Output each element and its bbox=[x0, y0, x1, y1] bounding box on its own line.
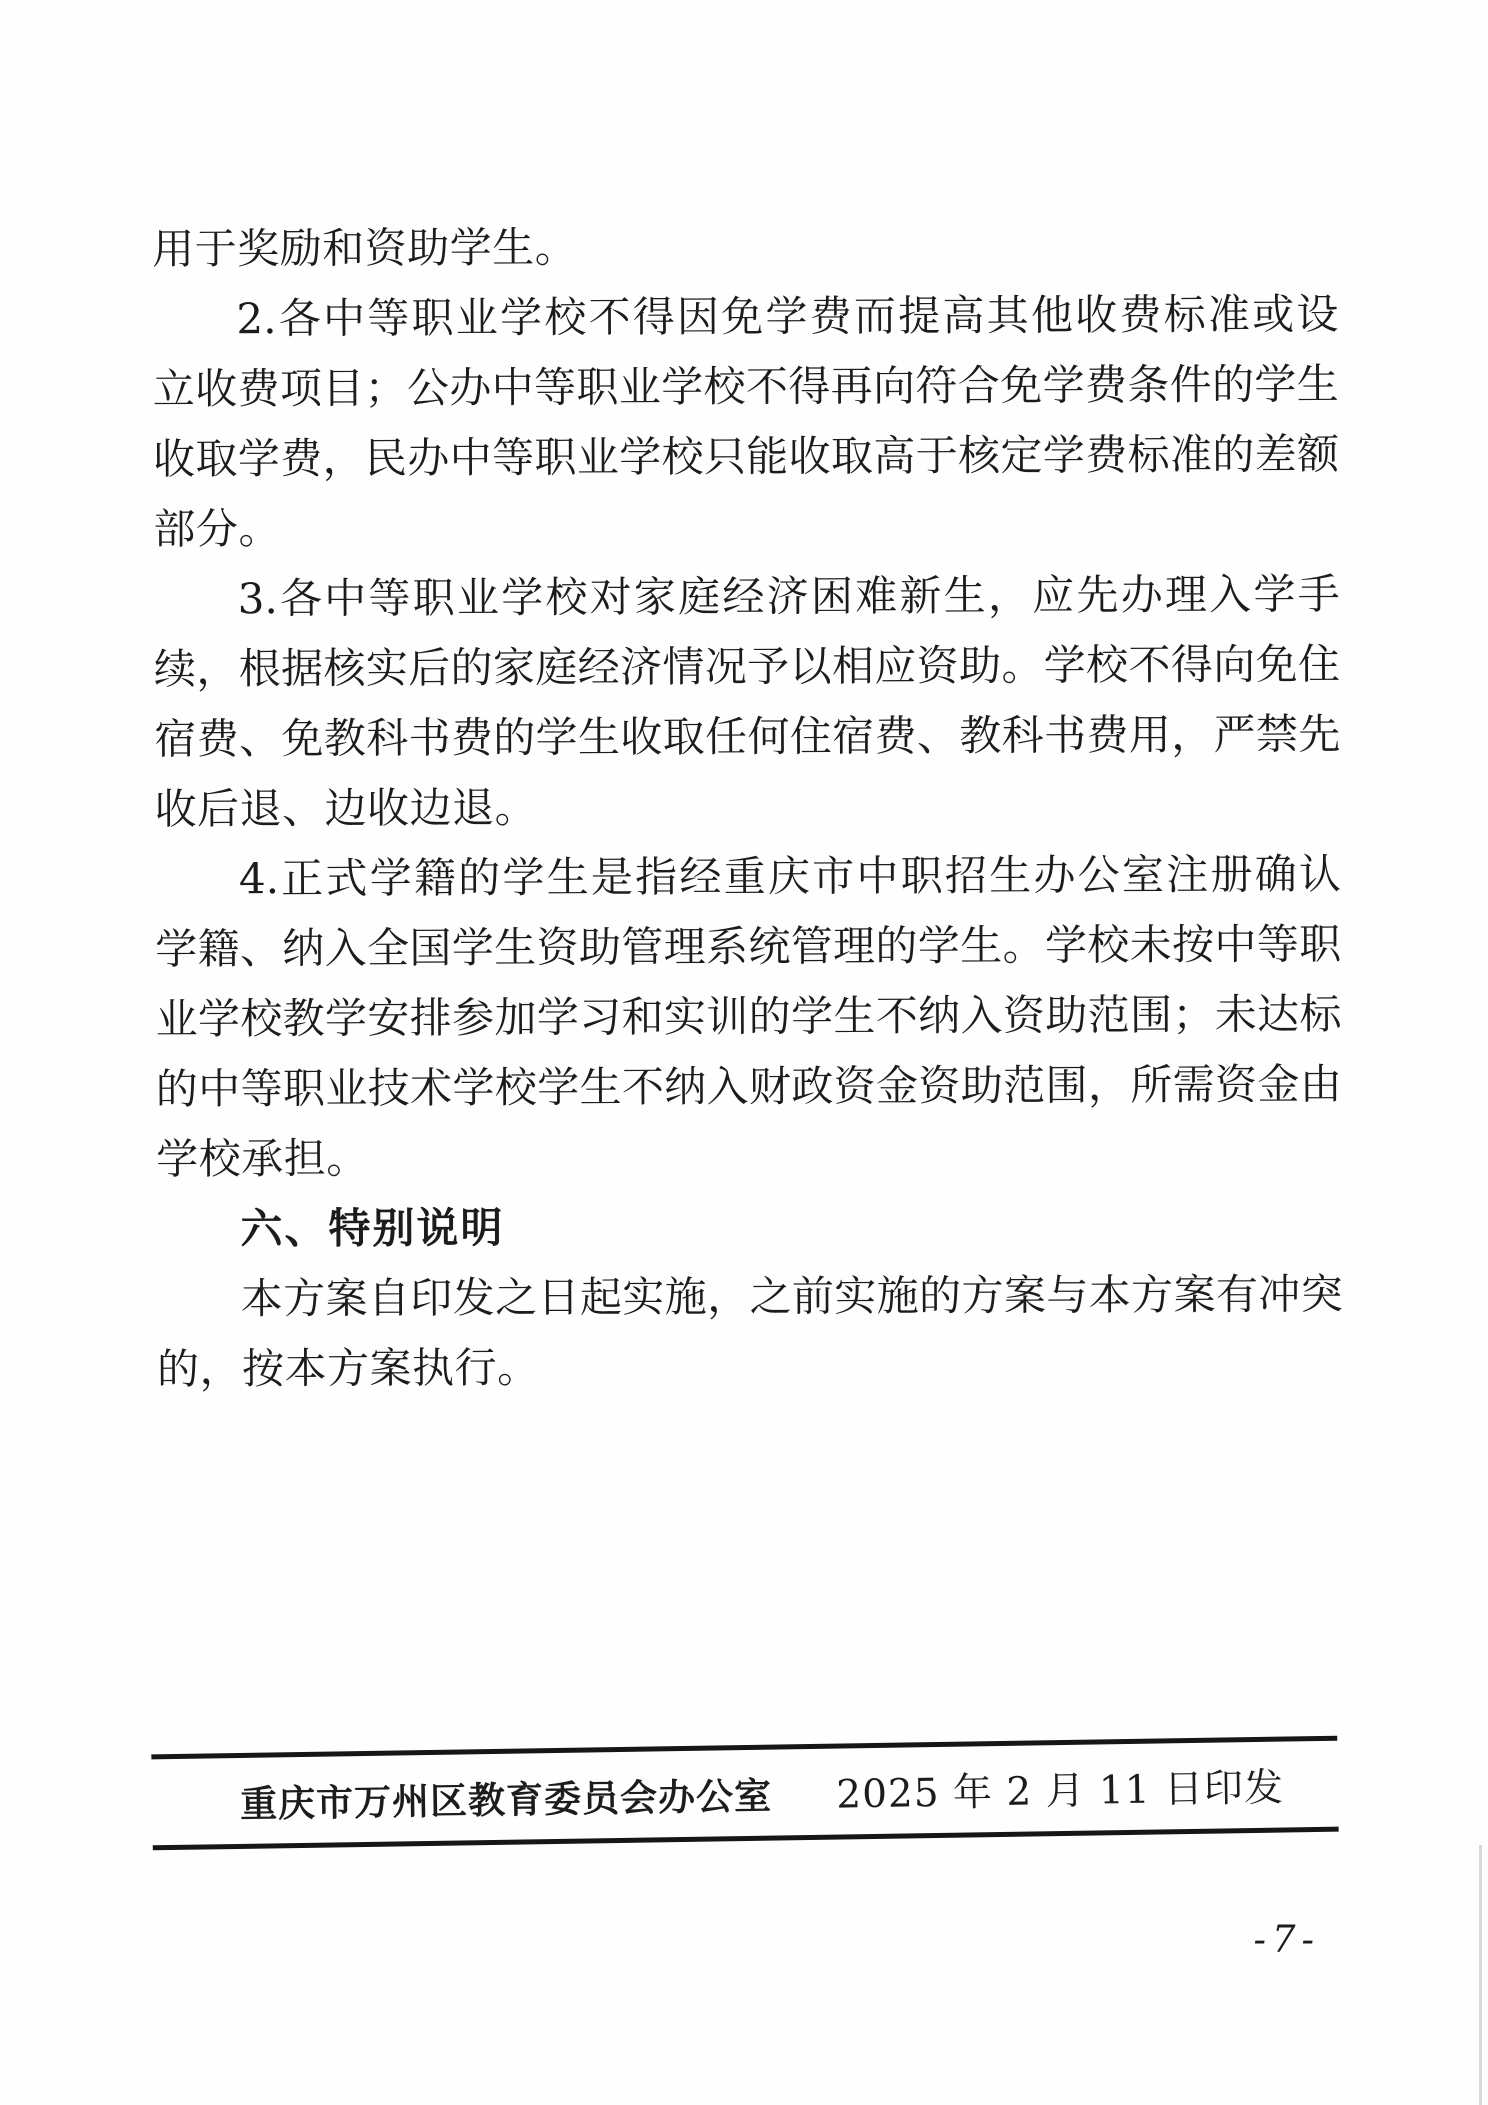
body-line: 的中等职业技术学校学生不纳入财政资金资助范围，所需资金由 bbox=[156, 1049, 1342, 1124]
body-line: 用于奖励和资助学生。 bbox=[152, 209, 1338, 284]
document-body: 用于奖励和资助学生。 2.各中等职业学校不得因免学费而提高其他收费标准或设 立收… bbox=[152, 209, 1343, 1404]
body-line: 4.正式学籍的学生是指经重庆市中职招生办公室注册确认 bbox=[155, 839, 1341, 914]
body-line: 2.各中等职业学校不得因免学费而提高其他收费标准或设 bbox=[152, 279, 1338, 354]
body-line: 部分。 bbox=[153, 489, 1339, 564]
body-line: 3.各中等职业学校对家庭经济困难新生，应先办理入学手 bbox=[154, 559, 1340, 634]
issuing-office: 重庆市万州区教育委员会办公室 bbox=[240, 1766, 773, 1828]
body-line: 续，根据核实后的家庭经济情况予以相应资助。学校不得向免住 bbox=[154, 629, 1340, 704]
scan-edge-artifact bbox=[1479, 1845, 1482, 2105]
body-line: 收后退、边收边退。 bbox=[154, 769, 1340, 844]
body-line: 学校承担。 bbox=[156, 1119, 1342, 1194]
section-heading: 六、特别说明 bbox=[156, 1189, 1342, 1264]
page-number: -7- bbox=[1253, 1918, 1320, 1961]
body-line: 学籍、纳入全国学生资助管理系统管理的学生。学校未按中等职 bbox=[155, 909, 1341, 984]
body-line: 立收费项目；公办中等职业学校不得再向符合免学费条件的学生 bbox=[153, 349, 1339, 424]
issue-footer: 重庆市万州区教育委员会办公室 2025 年 2 月 11 日印发 bbox=[151, 1736, 1338, 1851]
body-line: 收取学费，民办中等职业学校只能收取高于核定学费标准的差额 bbox=[153, 419, 1339, 494]
body-line: 本方案自印发之日起实施，之前实施的方案与本方案有冲突 bbox=[157, 1259, 1343, 1334]
print-date: 2025 年 2 月 11 日印发 bbox=[836, 1757, 1285, 1820]
document-page: 用于奖励和资助学生。 2.各中等职业学校不得因免学费而提高其他收费标准或设 立收… bbox=[0, 0, 1488, 2105]
body-line: 业学校教学安排参加学习和实训的学生不纳入资助范围；未达标 bbox=[155, 979, 1341, 1054]
body-line: 宿费、免教科书费的学生收取任何住宿费、教科书费用，严禁先 bbox=[154, 699, 1340, 774]
body-line: 的，按本方案执行。 bbox=[157, 1329, 1343, 1404]
